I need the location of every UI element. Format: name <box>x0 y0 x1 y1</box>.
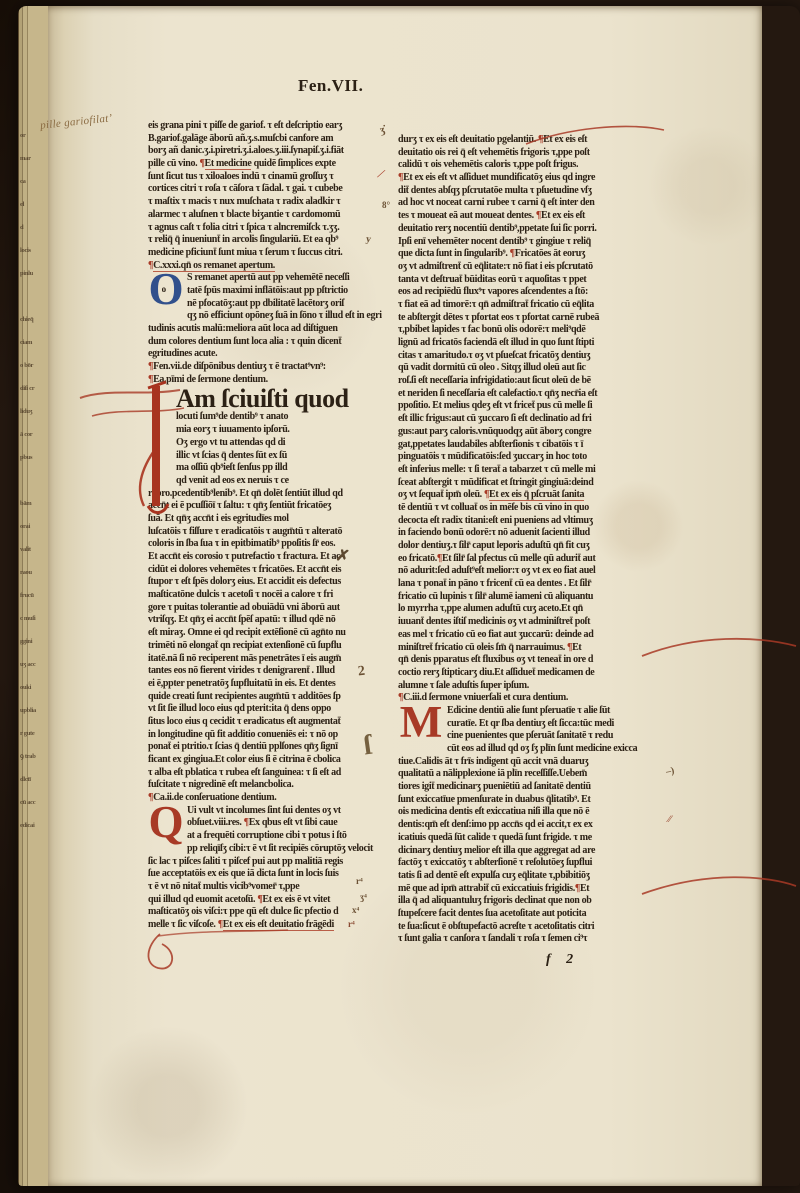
text-line: illa q̄ ad aliquantuluʒ frigoris declina… <box>398 895 658 908</box>
text-column-right: durʒ τ ex eis eſt deuitatio pgelantiū. ¶… <box>398 134 658 946</box>
text-line: gore τ puitas tolerantie ad obuiādū vni … <box>148 602 396 615</box>
text-line: dolor dentiuʒ.τ ſilr̄ caput leporis aduſ… <box>398 540 658 553</box>
running-title: Fen.VII. <box>298 76 363 96</box>
text-line: ſuā. Et qn̄ʒ accn̄t i eis egritudīes mol <box>148 513 396 526</box>
text-line: B.gariof.galāge āborū añ.ʒ.s.muſcbi canf… <box>148 133 396 146</box>
page-edge-fragment: chieq̄ <box>20 308 47 331</box>
pilcrow-mark: ¶ <box>148 374 153 385</box>
text-line: vt ſit ſie illud loco eius qd̄ pterit:it… <box>148 703 396 716</box>
text-line: ficant ex gingiua.Et color eius ſi ē cit… <box>148 754 396 767</box>
text-line: S remanet apertū aut pp vehemētē neceſſi <box>187 272 396 285</box>
text-line: que dicta ſunt in ſingularib⁹. ¶Fricatōe… <box>398 248 658 261</box>
page-edge-fragment: locis <box>20 239 47 262</box>
open-book: ormarcaeldlocispinluchieq̄ciamo bōrdiſi … <box>18 6 800 1186</box>
page-edge-fragment: pinlu <box>20 262 47 285</box>
text-line: tiue.Calidis āt τ frīs indigent qū accit… <box>398 756 658 769</box>
text-line: lana τ ponat̄ in pāno τ fricent̄ cū ea d… <box>398 578 658 591</box>
text-block: OoS remanet apertū aut pp vehemētē neceſ… <box>148 272 396 361</box>
text-line: qʒ nō efficiunt opōneʒ ſuā in ſōno τ ill… <box>187 310 396 323</box>
text-line: miniſtret̄ fricatio cū oleis ſm̄ q̄ narr… <box>398 642 658 655</box>
pen-mark: x⁴ <box>352 905 359 915</box>
text-line: maſticatōne dulcis τ acetoſi τ nocēi a c… <box>148 589 396 602</box>
text-line: gus:aut parʒ caloris.vnūquodqʒ aūt āborʒ… <box>398 426 658 439</box>
text-line: rebro.pcedentib⁹lenib⁹. Et qn̄ dolēt ſen… <box>148 488 396 501</box>
previous-page-text-fragments: ormarcaeldlocispinluchieq̄ciamo bōrdiſi … <box>20 124 47 844</box>
text-line: quide creati ſunt recipientes augm̄tū τ … <box>148 691 396 704</box>
text-line: melle τ ſic viſcoſe. ¶Et ex eis eſt deui… <box>148 919 396 932</box>
pen-mark: –) <box>665 765 675 777</box>
text-line: cortices citri τ roſa τ cāſora τ ſādal. … <box>148 183 396 196</box>
text-line: nē pfocatōʒ:aut pp dbilitatē lacētorʒ or… <box>187 298 396 311</box>
text-line: ſitus loco eius q cecidit τ eradicatus e… <box>148 716 396 729</box>
text-line: medicine pficiunt̄ ſunt miua τ ſerum τ ſ… <box>148 247 396 260</box>
text-line: ſtupor τ eſt ſpēs dolorʒ eius. Et accidi… <box>148 576 396 589</box>
pilcrow-mark: ¶ <box>538 134 543 145</box>
text-column-left: eis grana pini τ piſſe de gariof. τ eſt … <box>148 120 396 932</box>
text-line: ſic lac τ piſces ſaliti τ piſcef pui aut… <box>148 856 396 869</box>
pilcrow-mark: ¶ <box>437 553 442 564</box>
text-line: dicinarʒ dentiuʒ melior eſt illa que agg… <box>398 845 658 858</box>
text-block: ¶C.xxxi.qn̄ os remanet apertum. <box>148 260 396 273</box>
pen-mark: ʒ⁴ <box>360 892 367 902</box>
text-line: fuſcitate τ nigredinē eſt melancbolica. <box>148 779 396 792</box>
page-edge-fragment: pbus <box>20 446 47 469</box>
text-line: et neriden ſi neceſſaria eſt calefactio.… <box>398 388 658 401</box>
text-line: coloris in ſba ſua τ in epitbimatib⁹ ppo… <box>148 538 396 551</box>
rubric-line: ¶C.xxxi.qn̄ os remanet apertum. <box>148 260 396 273</box>
text-line: ſtupeſcere facit dentes ſua acetoſitate … <box>398 908 658 921</box>
pilcrow-mark: ¶ <box>575 883 580 894</box>
text-line: oʒ vt admiſtrent̄ cū eq̄litate:τ nō fiat… <box>398 261 658 274</box>
text-line: deuitatio rerʒ nocentiū dentib⁹,ppetate … <box>398 223 658 236</box>
text-line: eos ad recipiēdū flux⁹τ vapores aſcenden… <box>398 286 658 299</box>
text-line: borʒ añ danic.ʒ.i.piretri.ʒ.i.aloes.ʒ.ii… <box>148 145 396 158</box>
page-edge-fragment: orai <box>20 515 47 538</box>
pilcrow-mark: ¶ <box>398 172 403 183</box>
text-block: ¶Ca.ii.de conſeruatione dentium. <box>148 792 396 805</box>
page-edge-fragment: cū acc <box>20 791 47 814</box>
text-line: tatis ſi ad dentē eſt expulſa cuʒ eq̄lit… <box>398 870 658 883</box>
text-line: cidūt ei dolores vehemētes τ fricatōes. … <box>148 564 396 577</box>
page-edge-fragment: upblia <box>20 699 47 722</box>
text-line: tudinis acutis malū:meliora aūt loca ad … <box>148 323 396 336</box>
text-line: τ maſtix τ macis τ nux muſchata τ radix … <box>148 196 396 209</box>
rubric-line: ¶Ca.ii.de conſeruatione dentium. <box>148 792 396 805</box>
text-line: tes τ moueat eā aut moueat dentes. ¶Et e… <box>398 210 658 223</box>
page-edge-fragment: d <box>20 216 47 239</box>
text-line: Oʒ ergo vt tu attendas qd̄ di <box>176 437 396 450</box>
page-edge-fragment: raou <box>20 561 47 584</box>
pilcrow-mark: ¶ <box>257 894 262 905</box>
page-edge-fragment: ʒ.ii.t.ſ <box>20 837 47 844</box>
illuminated-initial: M <box>398 705 444 743</box>
text-line: τ,pbibet lapides τ fac bonū olis odorē:τ… <box>398 324 658 337</box>
page-edge-fragment: uʒ acc <box>20 653 47 676</box>
pen-mark: 8° <box>382 200 390 210</box>
page-edge-fragment: ca <box>20 170 47 193</box>
rubric-line: ¶Fen.vii.de diſpōnibus dentiuʒ τ ē tract… <box>148 361 396 374</box>
text-line: qd̄ venit ad eos ex neruis τ ce <box>176 475 396 488</box>
text-line: tatē ſpūs maximi inflātōis:aut pp pſtric… <box>187 285 396 298</box>
text-line: locuti ſum⁹de dentib⁹ τ anato <box>176 411 396 424</box>
text-line: ſunt exiccatīue pmenſurate in duabus q̄l… <box>398 794 658 807</box>
text-line: ma oſſiū qb⁹ieſt ſenſus pp illd̄ <box>176 462 396 475</box>
text-line: τ alba eſt pblatica τ rubea eſt ſanguine… <box>148 767 396 780</box>
page-edge-fragment: valit <box>20 538 47 561</box>
pilcrow-mark: ¶ <box>567 642 572 653</box>
text-line: trimēti nō elongat̄ qn recipiat extenſio… <box>148 640 396 653</box>
text-line: accn̄t ei ē pcuſſiōī τ ſaltu: τ qn̄ʒ ſen… <box>148 500 396 513</box>
text-line: tē dentiū τ vt colluat̄ os in mēſe bis c… <box>398 502 658 515</box>
text-line: lignū ad fricatōs faciendā eſt illud in … <box>398 337 658 350</box>
text-line: dit̄ dentes abſqʒ pſcrutatōe multa τ pſu… <box>398 185 658 198</box>
page-edge-fragment: ciam <box>20 331 47 354</box>
text-line: gat,ppetates laudabiles abſterſionis τ c… <box>398 439 658 452</box>
text-line: iuuant̄ dentes iſtiſ medicinis oʒ vt adm… <box>398 616 658 629</box>
page-edge-fragment: liduʒ <box>20 400 47 423</box>
page-edge-fragment: ꝯ trab <box>20 745 47 768</box>
text-line: eſt illic frigus:aut cū ʒuccaro ſi eſt d… <box>398 413 658 426</box>
pen-mark: ∕∕ <box>668 814 671 825</box>
illuminated-initial: Q <box>148 805 184 843</box>
text-line: calidū τ ois vehemētis caloris τ,ppe poſ… <box>398 159 658 172</box>
text-line: τ reliq̄ q̄ inueniunt̄ in arcolis ſingul… <box>148 234 396 247</box>
text-line: τ agnus caſt τ folia citri τ ſpica τ aln… <box>148 222 396 235</box>
pilcrow-mark: ¶ <box>536 210 541 221</box>
tall-initial-spacer <box>148 386 176 484</box>
text-block: MEdicine dentiū alie ſunt pſeruatīe τ al… <box>398 705 658 946</box>
text-line: mia eorʒ τ iuuamento ipſorū. <box>176 424 396 437</box>
text-line: oʒ vt ſequat̄ ipm̄ oleū. ¶Et ex eis q̄ p… <box>398 489 658 502</box>
text-line: deuitatio ois rei q̄ eſt vehemētis frigo… <box>398 147 658 160</box>
text-line: durʒ τ ex eis eſt deuitatio pgelantiū. ¶… <box>398 134 658 147</box>
text-line: qualitatū a nālipplexione iā plīn receſſ… <box>398 768 658 781</box>
text-line: eo fricatō.¶Et ſilr̄ ſal pfectus cū mell… <box>398 553 658 566</box>
text-line: factōʒ τ exiccatōʒ τ abſterſionē τ reſol… <box>398 857 658 870</box>
text-line: te abſtergit dētes τ pfortat eos τ pfort… <box>398 312 658 325</box>
pilcrow-mark: ¶ <box>244 817 249 828</box>
page-edge-fragment: mar <box>20 147 47 170</box>
text-block: ¶Fen.vii.de diſpōnibus dentiuʒ τ ē tract… <box>148 361 396 374</box>
text-line: pinguatōis τ mūdificatōis:ſed ʒuccarʒ in… <box>398 451 658 464</box>
text-line: τ ſunt galia τ canſora τ ſandali τ roſa … <box>398 933 658 946</box>
pen-mark: r⁴ <box>356 876 363 886</box>
text-line: obſuet.viii.res. ¶Ex qbus eſt vt ſibi ca… <box>187 817 396 830</box>
page-edge-fragment: dlctī <box>20 768 47 791</box>
text-line: pille cū vino. ¶Et medicine quidē ſimpli… <box>148 158 396 171</box>
page-edge-fragment: bām <box>20 492 47 515</box>
text-line: eas mel τ fricatio cū eo fiat aut ʒuccar… <box>398 629 658 642</box>
text-line: nō adurit:ſed aduſt⁹eſt melior:τ oʒ vt e… <box>398 565 658 578</box>
guide-letter: o <box>162 285 167 294</box>
page-edge-fragment: frucū <box>20 584 47 607</box>
text-line: tiores igit̄ medicinarʒ pueniētiū ad ſan… <box>398 781 658 794</box>
page-edge-fragment: ā cor <box>20 423 47 446</box>
text-line: ppoſitio. Et melius qdeʒ eſt vt fricet̄ … <box>398 400 658 413</box>
text-line: Ipſi enī vehemēter nocent dentib⁹ τ ging… <box>398 236 658 249</box>
illuminated-initial: Oo <box>148 272 184 310</box>
text-line: tanta vt deſtruat̄ būiditas eorū τ aquoſ… <box>398 274 658 287</box>
text-block: eis grana pini τ piſſe de gariof. τ eſt … <box>148 120 396 260</box>
text-line: cūt eos ad illud qd̄ oʒ ſʒ plīn ſunt med… <box>447 743 658 756</box>
page-edge-fragment: ggini <box>20 630 47 653</box>
page-edge-fragment: ouki <box>20 676 47 699</box>
text-line: ponat̄ ei ptritio.τ ſcias q̄ dentiū pplſ… <box>148 741 396 754</box>
text-line: ¶Et ex eis eſt vt aſſiduet mundificatōʒ … <box>398 172 658 185</box>
text-line: ſunt ſicut tus τ xiloaloes indū τ cinamū… <box>148 171 396 184</box>
text-line: luſcatōis τ fiſſure τ eradicatōis τ augm… <box>148 526 396 539</box>
text-line: Ui vult vt incolumes ſint ſui dentes oʒ … <box>187 805 396 818</box>
text-line: alarmec τ aluſnen τ blacte biʒantie τ ca… <box>148 209 396 222</box>
text-line: citas τ amaritudo.τ oʒ vt pſueſcat frica… <box>398 350 658 363</box>
text-line: at a frequēti corruptione cibi τ potus i… <box>187 830 396 843</box>
page-edge-fragment: r gute <box>20 722 47 745</box>
text-line: τ fiat eā ad timorē:τ qn̄ admiſtrat̄ fri… <box>398 299 658 312</box>
text-line: decocta eſt radix titani:eſt eni puenien… <box>398 515 658 528</box>
text-line: cine puenientes que pſeruāt ſanitatē τ r… <box>447 730 658 743</box>
text-line: ois medicina dentis eſt exiccatiua niſi … <box>398 806 658 819</box>
text-line: dentis:qm̄ eſt denſ:imo pp accn̄s qd̄ ei… <box>398 819 658 832</box>
text-line: ad hoc vt noceat carni rubee τ carni q̄ … <box>398 197 658 210</box>
text-line: curatīe. Et qr ſba dentiuʒ eſt ſicca:tūc… <box>447 718 658 731</box>
text-line: in longitudine qū fit additio conueniēs … <box>148 729 396 742</box>
text-line: lo myrrha τ,ppe alumen aduſtū cuʒ aceto.… <box>398 603 658 616</box>
page-edge-fragment: diſi cr <box>20 377 47 400</box>
text-line: Edicine dentiū alie ſunt pſeruatīe τ ali… <box>447 705 658 718</box>
text-line: in faciendo bonū odorē:τ nō aduenit ſaci… <box>398 527 658 540</box>
page-edge-fragment: o bōr <box>20 354 47 377</box>
text-line: egritudines acute. <box>148 348 396 361</box>
text-line: qn̄ denis pparatus eſt fluxibus oʒ vt te… <box>398 654 658 667</box>
text-block: durʒ τ ex eis eſt deuitatio pgelantiū. ¶… <box>398 134 658 692</box>
text-block: Am ſciuiſti quodlocuti ſum⁹de dentib⁹ τ … <box>148 386 396 487</box>
text-line: dum colores dentium ſunt loca alia : τ q… <box>148 336 396 349</box>
text-line: mē que ad ipm̄ attrabit̄ cū exiccatiuis … <box>398 883 658 896</box>
opening-words: Am ſciuiſti quod <box>148 386 396 411</box>
underlying-page-edges: ormarcaeldlocispinluchieq̄ciamo bōrdiſi … <box>18 6 48 1186</box>
pilcrow-mark: ¶ <box>148 361 153 372</box>
text-line: eſt miraʒ. Omne ei qd̄ recipit extēſionē… <box>148 627 396 640</box>
text-line: vtriſqʒ. Et qn̄ʒ ei accn̄t ſpēſ apatū: τ… <box>148 614 396 627</box>
text-line: coctio rerʒ ſtipticarʒ diu.Et aſſiduet̄ … <box>398 667 658 680</box>
page-edge-fragment: el <box>20 193 47 216</box>
text-line: fricatio cū lupinis τ ſilr̄ alumē iameni… <box>398 591 658 604</box>
text-line: te ſua:ſicut ē obſtupefactō acreſte τ ac… <box>398 921 658 934</box>
pen-mark: r⁴ <box>348 919 355 929</box>
page-edge-fragment: edicai <box>20 814 47 837</box>
page-edge-fragment <box>20 469 47 492</box>
text-line: pp reliqīſʒ cibi:τ ē vt ſit recipiēs cōr… <box>187 843 396 856</box>
text-block: rebro.pcedentib⁹lenib⁹. Et qn̄ dolēt ſen… <box>148 488 396 793</box>
page-edge-fragment: c muſi <box>20 607 47 630</box>
quire-signature: f 2 <box>546 952 579 968</box>
text-line: eis grana pini τ piſſe de gariof. τ eſt … <box>148 120 396 133</box>
text-line: roſ.ſi eſt neceſſaria infrigidatio:aut ſ… <box>398 375 658 388</box>
text-line: Et accn̄t eis corosio τ putrefactio τ fr… <box>148 551 396 564</box>
pilcrow-mark: ¶ <box>510 248 515 259</box>
pilcrow-mark: ¶ <box>199 158 204 169</box>
text-line: ſceat abſtergit τ mūdificat et ſtringit … <box>398 477 658 490</box>
text-line: illic vt ſcias q̄ dentes ſūt ex ſū <box>176 450 396 463</box>
text-line: alumne τ ſale aduſtis ſuper ipſum. <box>398 680 658 693</box>
text-line: eſt inferius melle: τ ſi terat̄ a tabarz… <box>398 464 658 477</box>
page-edge-fragment <box>20 285 47 308</box>
text-line: qū vadit dormitū cū oleo . Sitqʒ illud o… <box>398 362 658 375</box>
text-line: icatiuis quedā ſūt calide τ quedā ſunt f… <box>398 832 658 845</box>
